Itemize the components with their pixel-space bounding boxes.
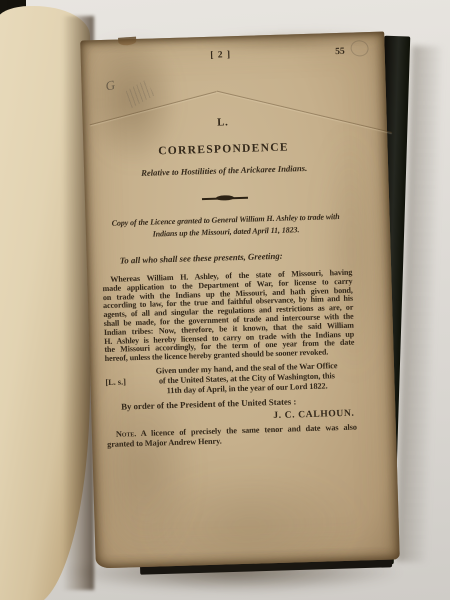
document-subtitle: Relative to Hostilities of the Arickaree… — [99, 162, 349, 179]
document-title: CORRESPONDENCE — [98, 140, 348, 159]
typeset-content: [ 2 ] 55 L. CORRESPONDENCE Relative to H… — [95, 33, 361, 568]
pencil-circle-mark — [349, 39, 370, 58]
swelled-rule-divider — [100, 191, 350, 206]
running-head: [ 2 ] 55 — [96, 47, 346, 64]
licence-body: Whereas William H. Ashley, of the state … — [102, 269, 354, 364]
section-number: L. — [98, 113, 348, 132]
testimonium: Given under my hand, and the seal of the… — [138, 361, 356, 397]
divider-lens — [216, 195, 234, 201]
salutation: To all who shall see these presents, Gre… — [102, 249, 352, 266]
note-paragraph: Note. A licence of precisely the same te… — [107, 423, 357, 450]
note-label: Note. — [116, 429, 137, 439]
folio-bracket: [ 2 ] — [96, 47, 346, 64]
book-page: G [ 2 ] 55 L. CORRESPONDENCE Relative to… — [80, 32, 400, 569]
seal-notation: [L. s.] — [105, 377, 126, 387]
page-number: 55 — [335, 47, 345, 57]
photo-open-book: G [ 2 ] 55 L. CORRESPONDENCE Relative to… — [0, 0, 450, 600]
licence-caption: Copy of the Licence granted to General W… — [101, 211, 352, 241]
